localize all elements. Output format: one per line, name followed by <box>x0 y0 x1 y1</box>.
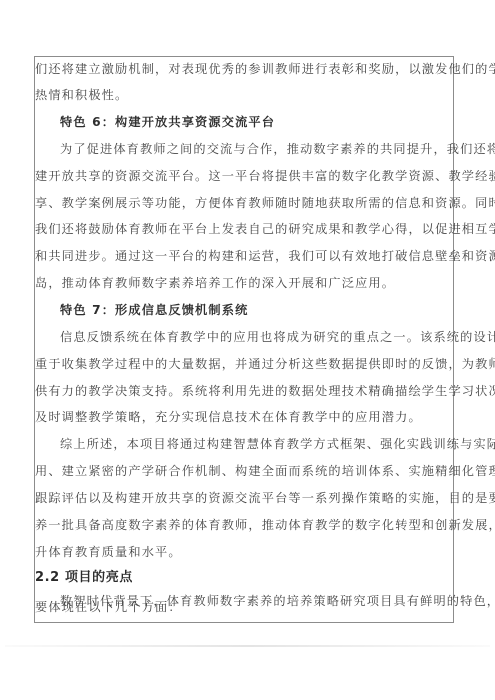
paragraph-line: 综上所述，本项目将通过构建智慧体育教学方式框架、强化实践训练与实际应 <box>60 435 495 452</box>
paragraph-line: 用、建立紧密的产学研合作机制、构建全面而系统的培训体系、实施精细化管理与 <box>35 462 495 479</box>
paragraph-line: 我们还将鼓励体育教师在平台上发表自己的研究成果和教学心得，以促进相互学习 <box>35 220 495 237</box>
feature-7-title: 特色 7：形成信息反馈机制系统 <box>60 301 248 318</box>
paragraph-line: 信息反馈系统在体育教学中的应用也将成为研究的重点之一。该系统的设计注 <box>60 328 495 345</box>
paragraph-line: 岛，推动体育教师数字素养培养工作的深入开展和广泛应用。 <box>35 274 395 291</box>
paragraph-line: 跟踪评估以及构建开放共享的资源交流平台等一系列操作策略的实施，目的是要培 <box>35 489 495 506</box>
paragraph-line: 为了促进体育教师之间的交流与合作，推动数字素养的共同提升，我们还将构 <box>60 140 495 157</box>
paragraph-line: 建开放共享的资源交流平台。这一平台将提供丰富的数字化教学资源、教学经验分 <box>35 167 495 184</box>
page-edge-divider <box>5 645 490 647</box>
paragraph-line: 享、教学案例展示等功能，方便体育教师随时随地获取所需的信息和资源。同时， <box>35 194 495 211</box>
section-heading: 2.2 项目的亮点 <box>35 566 133 585</box>
paragraph-line: 供有力的教学决策支持。系统将利用先进的数据处理技术精确描绘学生学习状况， <box>35 382 495 399</box>
document-frame: 们还将建立激励机制，对表现优秀的参训教师进行表彰和奖励，以激发他们的学习 热情和… <box>34 56 454 623</box>
paragraph-line: 重于收集教学过程中的大量数据，并通过分析这些数据提供即时的反馈，为教师提 <box>35 355 495 372</box>
paragraph-line: 们还将建立激励机制，对表现优秀的参训教师进行表彰和奖励，以激发他们的学习 <box>35 60 495 77</box>
paragraph-line: 要体现在以下几个方面： <box>35 598 182 615</box>
feature-6-title: 特色 6：构建开放共享资源交流平台 <box>60 113 275 130</box>
paragraph-line: 热情和积极性。 <box>35 86 128 103</box>
paragraph-line: 升体育教育质量和水平。 <box>35 543 182 560</box>
paragraph-line: 及时调整教学策略，充分实现信息技术在体育教学中的应用潜力。 <box>35 408 422 425</box>
paragraph-line: 养一批具备高度数字素养的体育教师，推动体育教学的数字化转型和创新发展，提 <box>35 516 495 533</box>
paragraph-line: 和共同进步。通过这一平台的构建和运营，我们可以有效地打破信息壁垒和资源孤 <box>35 247 495 264</box>
